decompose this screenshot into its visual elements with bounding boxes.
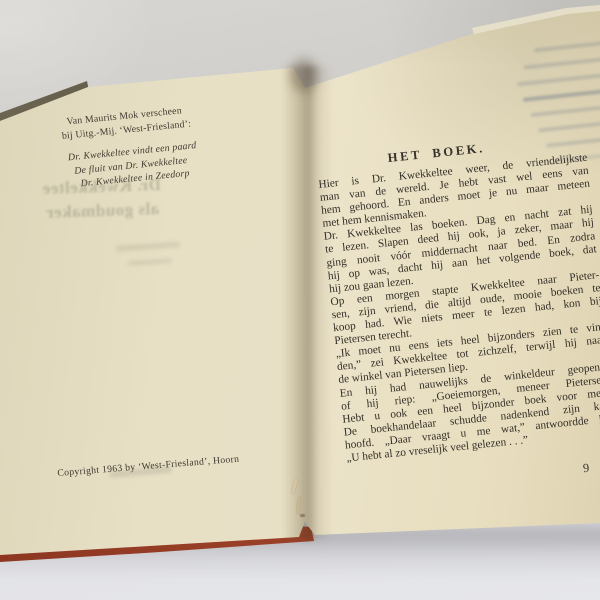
- showthrough-line: [531, 105, 600, 118]
- binding-stitch: [300, 514, 305, 517]
- book-photo: Van Maurits Mok verscheen bij Uitg.-Mij.…: [0, 0, 600, 600]
- showthrough-line: [538, 121, 600, 133]
- showthrough-title: Dr. Kwekkeltee als goudmaker: [27, 172, 177, 225]
- showthrough-line: [546, 137, 600, 148]
- showthrough-line: [517, 73, 600, 87]
- gutter-fold-shadow: [290, 58, 318, 92]
- gutter-shadow: [282, 66, 332, 540]
- chapter-body: Hier is Dr. Kwekkeltee weer, de vriendel…: [318, 152, 600, 466]
- showthrough-line: [524, 57, 600, 70]
- showthrough-line: [523, 88, 600, 101]
